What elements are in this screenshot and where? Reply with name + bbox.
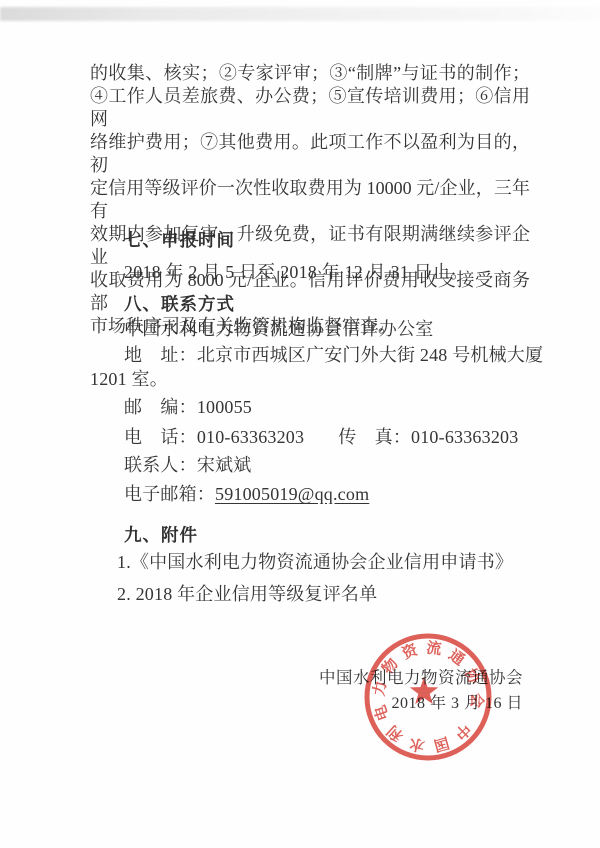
official-red-seal: 中 国 水 利 电 力 物 资 流 通 协 会 <box>358 627 498 767</box>
seal-ring-char: 会 <box>467 692 486 708</box>
contact-phone-line: 电 话：010-63363203传 真：010-63363203 <box>90 426 564 449</box>
attachment-item: 2. 2018 年企业信用等级复评名单 <box>90 583 557 606</box>
phone-label: 电 话： <box>124 427 197 447</box>
scan-shadow-band <box>0 7 600 21</box>
email-label: 电子邮箱： <box>124 484 215 504</box>
email-value: 591005019@qq.com <box>215 484 369 504</box>
contact-person-line: 联系人：宋斌斌 <box>90 454 564 477</box>
phone-value: 010-63363203 <box>197 427 304 447</box>
postcode-value: 100055 <box>197 397 252 417</box>
contact-address-line: 地 址：北京市西城区广安门外大街 248 号机械大厦 <box>90 344 564 367</box>
address-value: 北京市西城区广安门外大街 248 号机械大厦 <box>197 345 543 365</box>
seal-ring-char: 力 <box>371 680 390 698</box>
fax-value: 010-63363203 <box>411 427 518 447</box>
fax-label: 传 真： <box>338 426 411 449</box>
attachment-item: 1.《中国水利电力物资流通协会企业信用申请书》 <box>90 551 557 574</box>
seal-inner: 中 国 水 利 电 力 物 资 流 通 协 会 <box>371 639 487 755</box>
fee-paragraph-line: 的收集、核实；②专家评审；③“制牌”与证书的制作； <box>90 62 530 85</box>
contact-address-wrap: 1201 室。 <box>90 368 530 391</box>
section-heading-attachments: 九、附件 <box>90 524 564 547</box>
seal-ring-char: 流 <box>425 639 442 659</box>
fee-paragraph-line: ④工作人员差旅费、办公费；⑤宣传培训费用；⑥信用网 <box>90 85 530 131</box>
fee-paragraph-line: 定信用等级评价一次性收取费用为 10000 元/企业，三年有 <box>90 177 530 223</box>
fee-paragraph-line: 络维护费用；⑦其他费用。此项工作不以盈利为目的，初 <box>90 131 530 177</box>
section-heading-contact: 八、联系方式 <box>90 293 564 316</box>
seal-ring-char: 水 <box>408 734 426 754</box>
person-label: 联系人： <box>124 455 197 475</box>
person-value: 宋斌斌 <box>197 455 252 475</box>
contact-email-line: 电子邮箱：591005019@qq.com <box>90 483 564 506</box>
address-label: 地 址： <box>124 345 197 365</box>
star-icon <box>410 677 439 704</box>
seal-ring-char: 国 <box>432 733 451 754</box>
postcode-label: 邮 编： <box>124 397 197 417</box>
section-heading-declare-time: 七、申报时间 <box>90 229 564 252</box>
scanned-document-page: 的收集、核实；②专家评审；③“制牌”与证书的制作； ④工作人员差旅费、办公费；⑤… <box>0 0 600 848</box>
declare-time-range: 2018 年 2 月 5 日至 2018 年 12 月 31 日止。 <box>90 261 564 284</box>
contact-office: 中国水利电力物资流通协会信评办公室 <box>90 318 564 341</box>
contact-postcode-line: 邮 编：100055 <box>90 396 564 419</box>
